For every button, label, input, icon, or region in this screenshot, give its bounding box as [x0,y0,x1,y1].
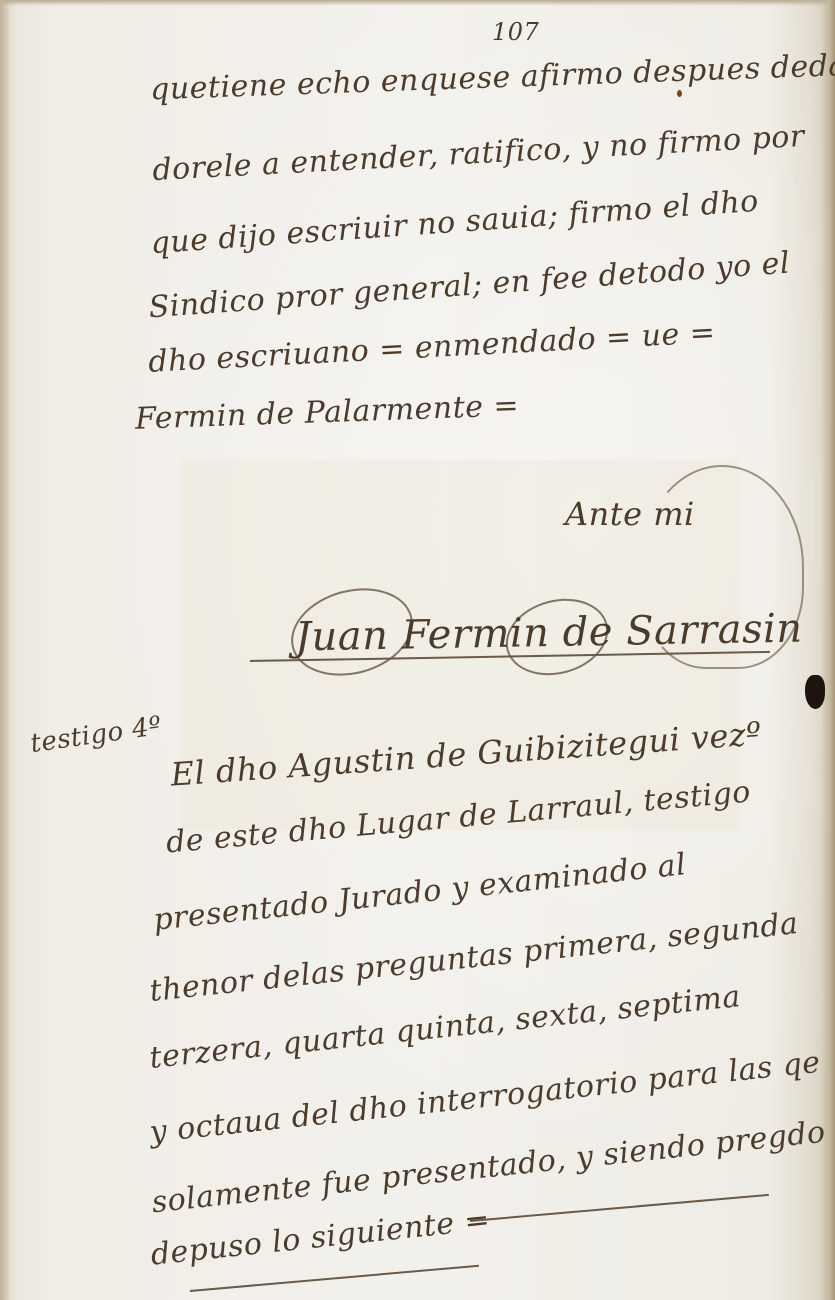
margin-note-witness: testigo 4º [29,711,164,759]
testimony-line-3: presentado Jurado y examinado al [152,847,688,938]
text-line-1: quetiene echo enquese afirmo despues ded… [150,48,835,108]
page-left-edge [0,0,10,1300]
bottom-flourish-line [190,1265,479,1292]
text-line-3: que dijo escriuir no sauia; firmo el dho [150,184,760,261]
manuscript-page: 107 quetiene echo enquese afirmo despues… [0,0,835,1300]
page-right-edge [821,0,835,1300]
ink-spot [677,90,682,97]
text-line-4: Sindico pror general; en fee detodo yo e… [148,246,792,326]
page-top-edge [0,0,835,6]
text-line-2: dorele a entender, ratifico, y no firmo … [152,119,806,188]
closing-flourish-line [470,1194,769,1222]
text-line-5: dho escriuano = enmendado = ue = [147,315,716,380]
ink-blot [805,675,825,709]
notary-signature-line: Fermin de Palarmente = [135,388,520,436]
page-number: 107 [492,18,539,46]
